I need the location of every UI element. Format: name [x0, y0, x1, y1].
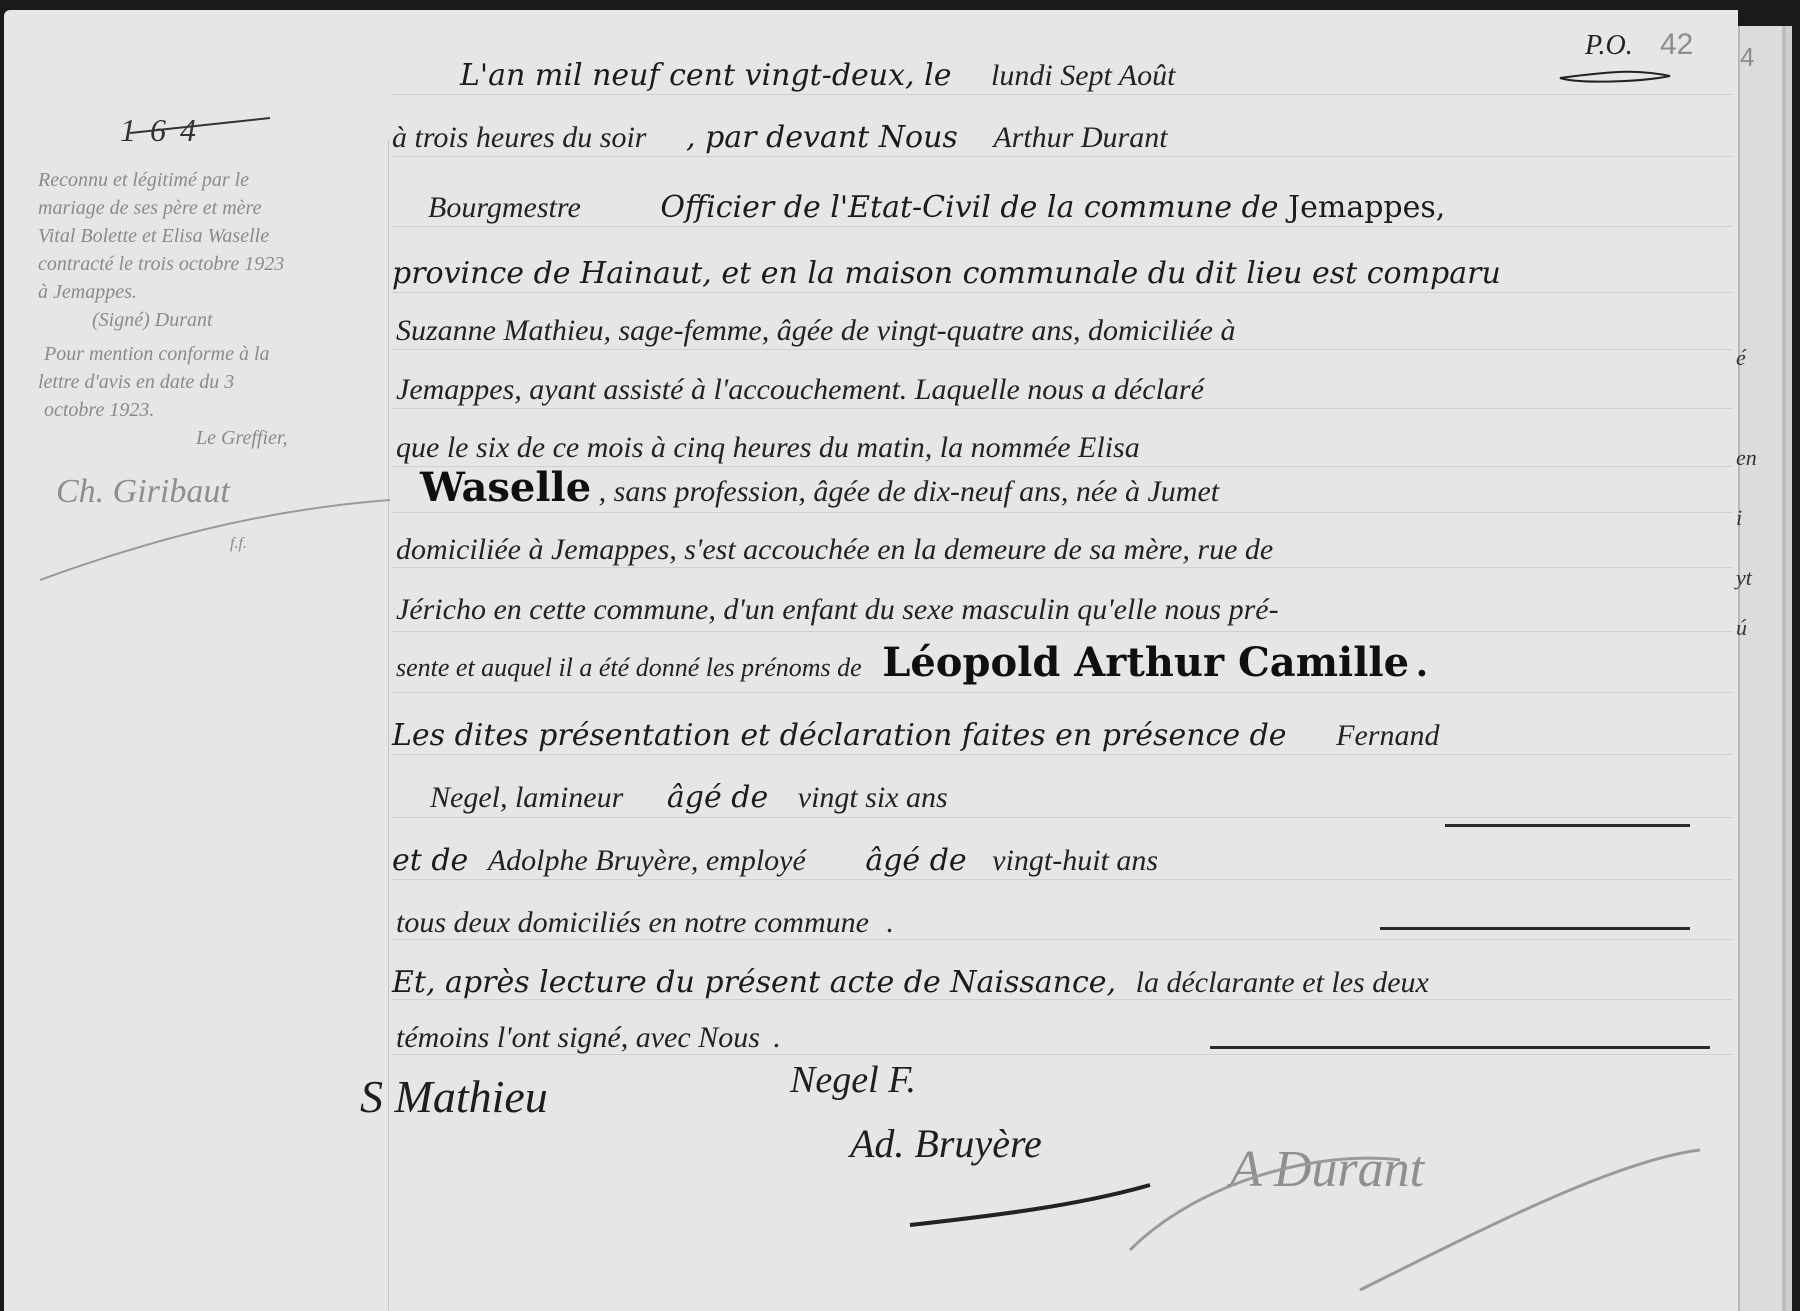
adjacent-page-fragment: ú	[1736, 615, 1747, 641]
signature-flourishes	[0, 0, 1800, 1311]
adjacent-page-fragment: i	[1736, 505, 1742, 531]
adjacent-page-fragment: en	[1736, 445, 1757, 471]
adjacent-page-fragment: é	[1736, 345, 1746, 371]
adjacent-page-fragment: yt	[1736, 565, 1752, 591]
